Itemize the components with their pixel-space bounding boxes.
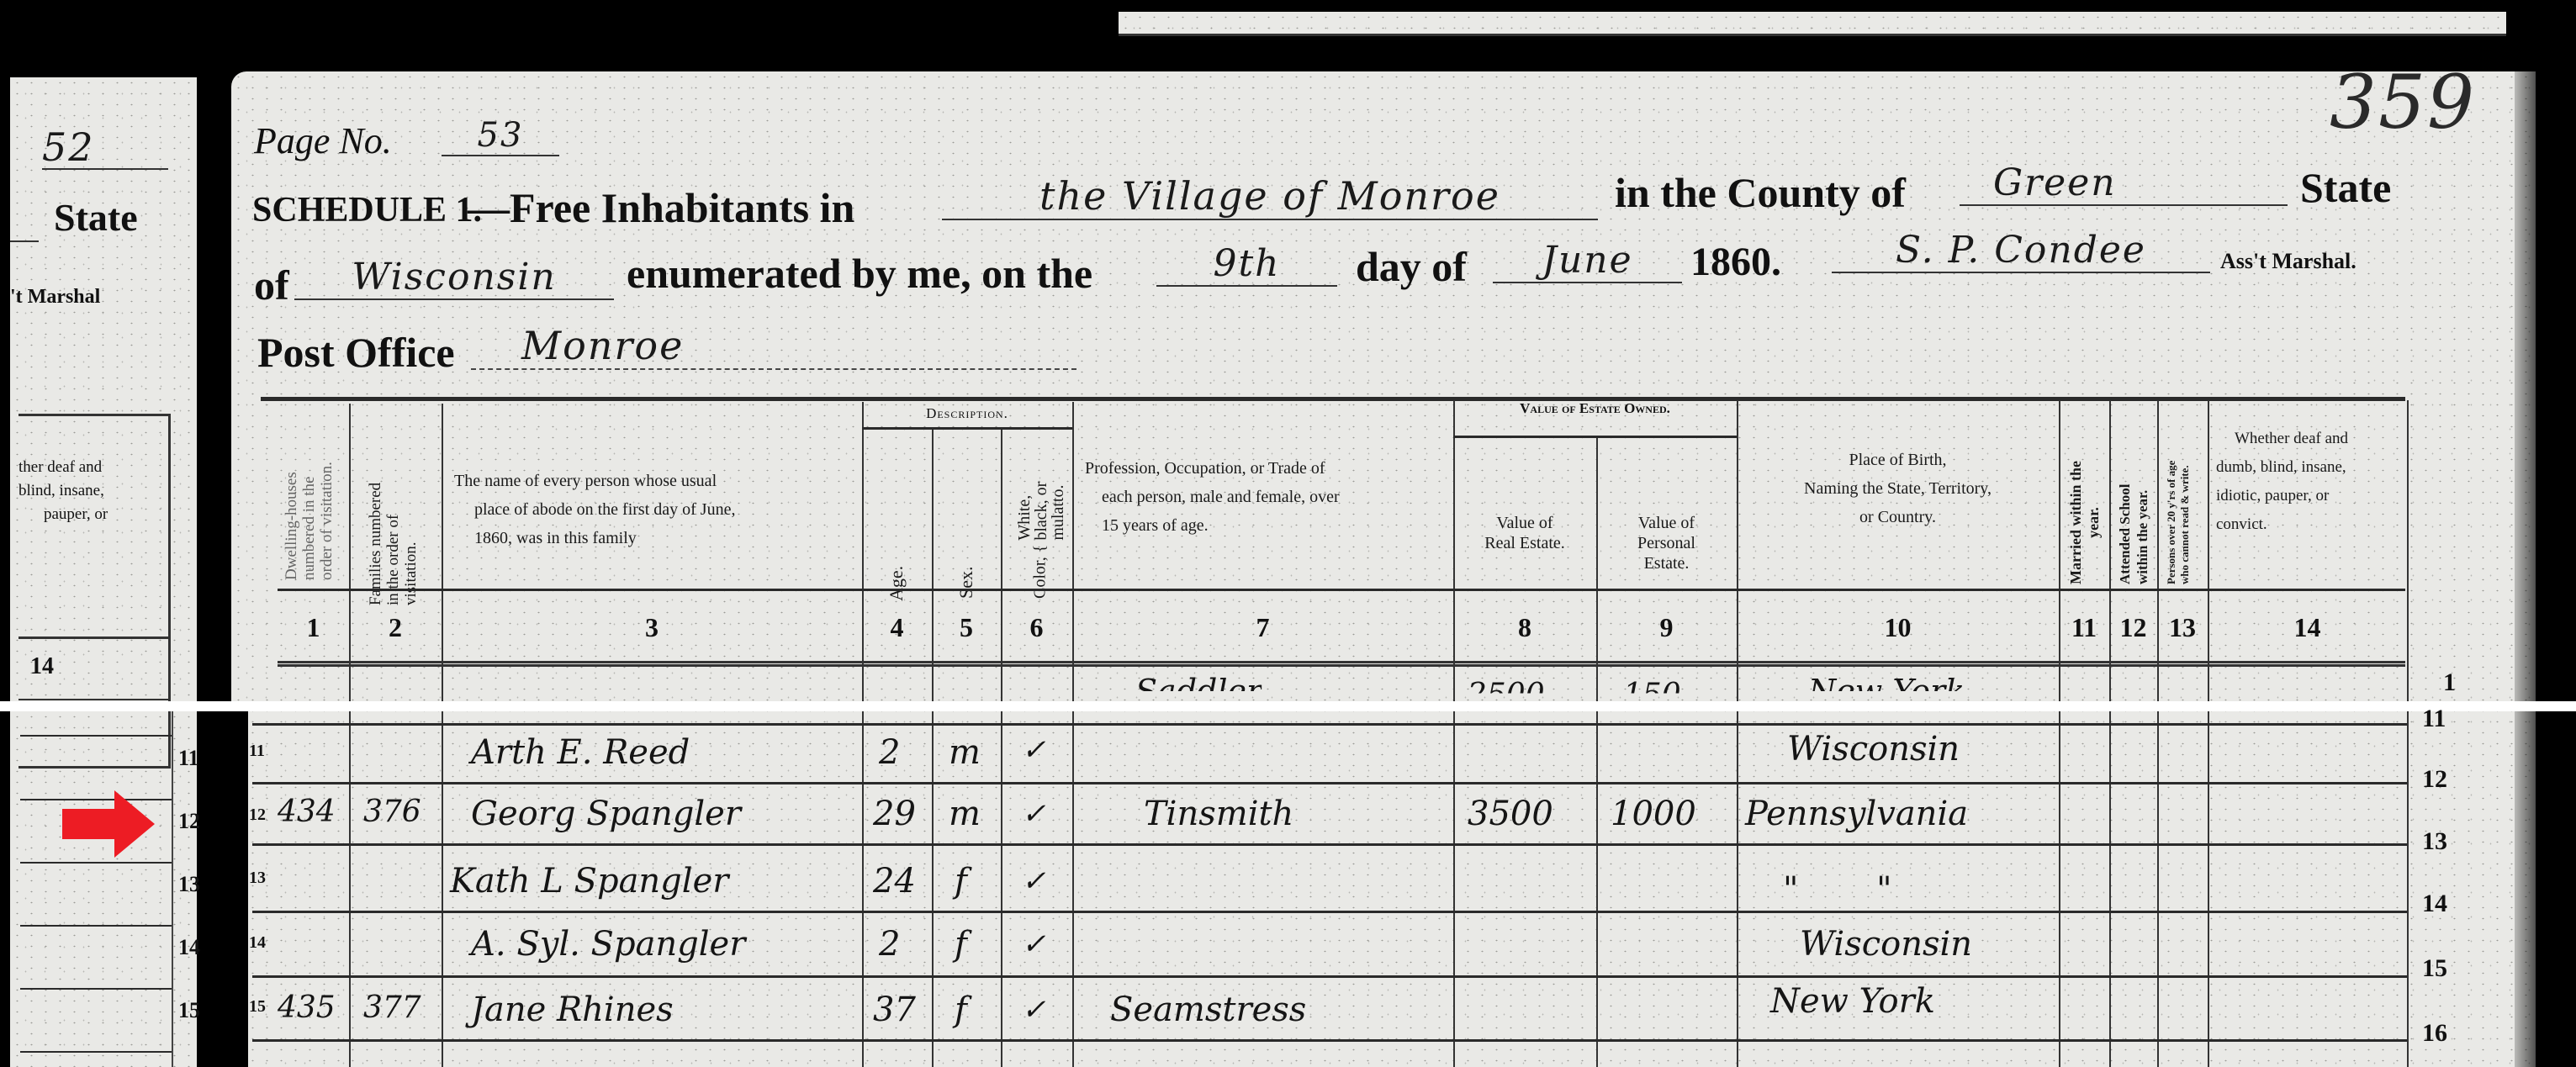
header-bottom-rule: [278, 589, 2405, 591]
birthplace-cell: Wisconsin: [1787, 730, 1960, 769]
sex-cell: f: [955, 925, 967, 964]
col-divider: [932, 429, 934, 1067]
col-divider: [442, 404, 443, 1067]
left-page-strip: 52 State 't Marshal ther deaf and blind,…: [10, 77, 197, 1067]
sex-cell: f: [955, 990, 967, 1029]
age-cell: 2: [879, 925, 900, 964]
margin-line-number: 12: [2422, 765, 2447, 794]
col-divider: [1072, 402, 1074, 1067]
row-rule: [252, 782, 2407, 784]
col-number: 10: [1737, 612, 2059, 643]
col3-header: The name of every person whose usual pla…: [454, 467, 849, 552]
col4-header: Age.: [887, 566, 905, 601]
col7-header: Profession, Occupation, or Trade of each…: [1085, 454, 1447, 540]
sex-cell: m: [949, 795, 981, 833]
name-cell: Kath L Spangler: [450, 862, 728, 901]
col-divider: [2157, 400, 2159, 1067]
family-cell: 376: [363, 795, 421, 829]
margin-line-number: 16: [2422, 1019, 2447, 1048]
color-cell: ✓: [1022, 993, 1046, 1027]
page-right-edge: [2515, 0, 2576, 1067]
col-number: 3: [442, 612, 862, 643]
page-gutter: [206, 711, 248, 1067]
col10-header: Place of Birth,Naming the State, Territo…: [1737, 446, 2059, 531]
col-divider: [349, 404, 351, 1067]
page-no-value: 53: [442, 116, 559, 156]
left-col14-header-line: ther deaf and: [19, 458, 102, 477]
schedule-label: SCHEDULE 1.: [252, 190, 482, 230]
family-cell: 377: [363, 990, 421, 1025]
post-office-label: Post Office: [257, 328, 455, 377]
col-divider: [2407, 400, 2409, 1067]
age-cell: 2: [879, 733, 900, 772]
color-cell: ✓: [1022, 927, 1046, 961]
birthplace-cell: New York: [1770, 982, 1935, 1021]
col-divider: [2109, 400, 2111, 1067]
col-divider: [2208, 400, 2209, 1067]
margin-line-number: 11: [2422, 705, 2446, 733]
left-row-number: 12: [178, 809, 200, 834]
real-estate-cell: 3500: [1468, 795, 1553, 833]
left-header-divider: [19, 637, 168, 639]
birthplace-cell: Pennsylvania: [1745, 795, 1968, 833]
name-cell: Georg Spangler: [471, 795, 741, 833]
sex-cell: m: [949, 733, 981, 772]
col5-header: Sex.: [957, 567, 975, 600]
col9-header: Value ofPersonalEstate.: [1596, 513, 1737, 573]
col11-header: Married within theyear.: [2067, 461, 2103, 584]
marshal-label: Ass't Marshal.: [2220, 249, 2356, 274]
col8-header: Value ofReal Estate.: [1453, 513, 1596, 553]
left-col14-number: 14: [30, 653, 54, 680]
age-cell: 37: [873, 990, 916, 1029]
image-splice-separator: [0, 701, 2576, 711]
col-number: 1: [278, 612, 349, 643]
column-numbers-double-rule: [278, 661, 2405, 667]
post-office-value: Monroe: [471, 323, 1076, 370]
page-top-edge: [1119, 12, 2506, 36]
margin-line-number: 13: [2422, 827, 2447, 856]
left-marshal-label: 't Marshal: [10, 286, 100, 309]
row-line-number: 11: [249, 742, 265, 761]
row-rule: [252, 723, 2407, 726]
col-number: 9: [1596, 612, 1737, 643]
personal-estate-cell: 1000: [1611, 795, 1696, 833]
col-number: 8: [1453, 612, 1596, 643]
free-inhabitants-label: —Free Inhabitants in: [468, 183, 854, 232]
table-top-rule: [261, 397, 2405, 401]
color-cell: ✓: [1022, 797, 1046, 831]
birthplace-cell: Wisconsin: [1800, 925, 1972, 964]
col-number: 6: [1001, 612, 1072, 643]
month-value: June: [1493, 239, 1682, 283]
col-number: 13: [2157, 612, 2208, 643]
col13-header: Persons over 20 y'rs of agewho cannot re…: [2165, 461, 2192, 584]
row-rule: [252, 975, 2407, 978]
name-cell: Arth E. Reed: [471, 733, 690, 772]
left-row-number: 13: [178, 872, 200, 897]
sex-cell: f: [955, 862, 967, 901]
margin-line-number: 1: [2443, 668, 2456, 697]
col-divider: [1453, 400, 1455, 1067]
col-number: 5: [932, 612, 1001, 643]
row-line-number: 15: [249, 997, 266, 1017]
col-number: 11: [2059, 612, 2109, 643]
estate-group-header: Value of Estate Owned.: [1453, 400, 1737, 417]
col6-header: Color, { White, black, or mulatto.: [1016, 482, 1066, 599]
col-number: 7: [1072, 612, 1453, 643]
col12-header: Attended Schoolwithin the year.: [2116, 484, 2151, 584]
description-group-header: Description.: [862, 405, 1072, 422]
year-label: 1860.: [1690, 239, 1781, 285]
row-line-number: 12: [249, 806, 266, 825]
color-cell: ✓: [1022, 864, 1046, 898]
age-cell: 29: [873, 795, 916, 833]
day-of-label: day of: [1356, 242, 1467, 291]
col14-header: Whether deaf and dumb, blind, insane, id…: [2216, 425, 2401, 539]
col-number: 12: [2109, 612, 2157, 643]
col-divider: [2059, 400, 2060, 1067]
occupation-cell: Tinsmith: [1144, 795, 1293, 833]
estate-group-rule: [1453, 436, 1737, 438]
county-value: Green: [1960, 161, 2288, 206]
dwelling-cell: 434: [278, 795, 336, 829]
col-divider: [862, 402, 864, 1067]
right-arrow-icon: [62, 790, 163, 858]
birthplace-cell: " ": [1783, 870, 1926, 909]
left-state-underline: [10, 240, 39, 242]
state-value: Wisconsin: [294, 256, 614, 300]
stamp-number: 359: [2330, 59, 2476, 145]
color-cell: ✓: [1022, 733, 1046, 767]
row-line-number: 14: [249, 933, 266, 953]
row-rule: [252, 911, 2407, 913]
day-value: 9th: [1156, 242, 1337, 287]
of-label: of: [254, 261, 289, 309]
left-col14-header-line: blind, insane,: [19, 482, 104, 500]
left-rows-area: [20, 708, 173, 1067]
age-cell: 24: [873, 862, 916, 901]
page-no-label: Page No.: [254, 119, 392, 162]
county-label: in the County of: [1615, 168, 1906, 217]
occupation-cell: Seamstress: [1110, 990, 1306, 1029]
col-number: 4: [862, 612, 932, 643]
name-cell: Jane Rhines: [471, 990, 674, 1029]
place-value: the Village of Monroe: [942, 173, 1598, 220]
row-rule: [252, 1039, 2407, 1042]
col-number: 14: [2208, 612, 2407, 643]
dwelling-cell: 435: [278, 990, 336, 1025]
enumerated-label: enumerated by me, on the: [627, 249, 1092, 298]
left-row-number: 14: [178, 935, 200, 960]
description-group-rule: [862, 427, 1072, 430]
marshal-signature: S. P. Condee: [1832, 229, 2210, 273]
col2-header: Families numberedin the order ofvisitati…: [367, 483, 420, 605]
col-divider: [1001, 429, 1002, 1067]
col1-header: Dwelling-housesnumbered in theorder of v…: [283, 462, 336, 580]
left-col14-header-line: pauper, or: [44, 505, 108, 524]
left-page-number: 52: [42, 126, 168, 170]
left-state-label: State: [54, 195, 138, 240]
row-line-number: 13: [249, 869, 266, 888]
left-row-number: 11: [178, 746, 199, 771]
name-cell: A. Syl. Spangler: [471, 925, 745, 964]
state-label: State: [2300, 163, 2391, 212]
col-number: 2: [349, 612, 442, 643]
margin-line-number: 15: [2422, 954, 2447, 983]
left-row-number: 15: [178, 998, 200, 1023]
margin-line-number: 14: [2422, 890, 2447, 918]
row-rule: [252, 843, 2407, 846]
